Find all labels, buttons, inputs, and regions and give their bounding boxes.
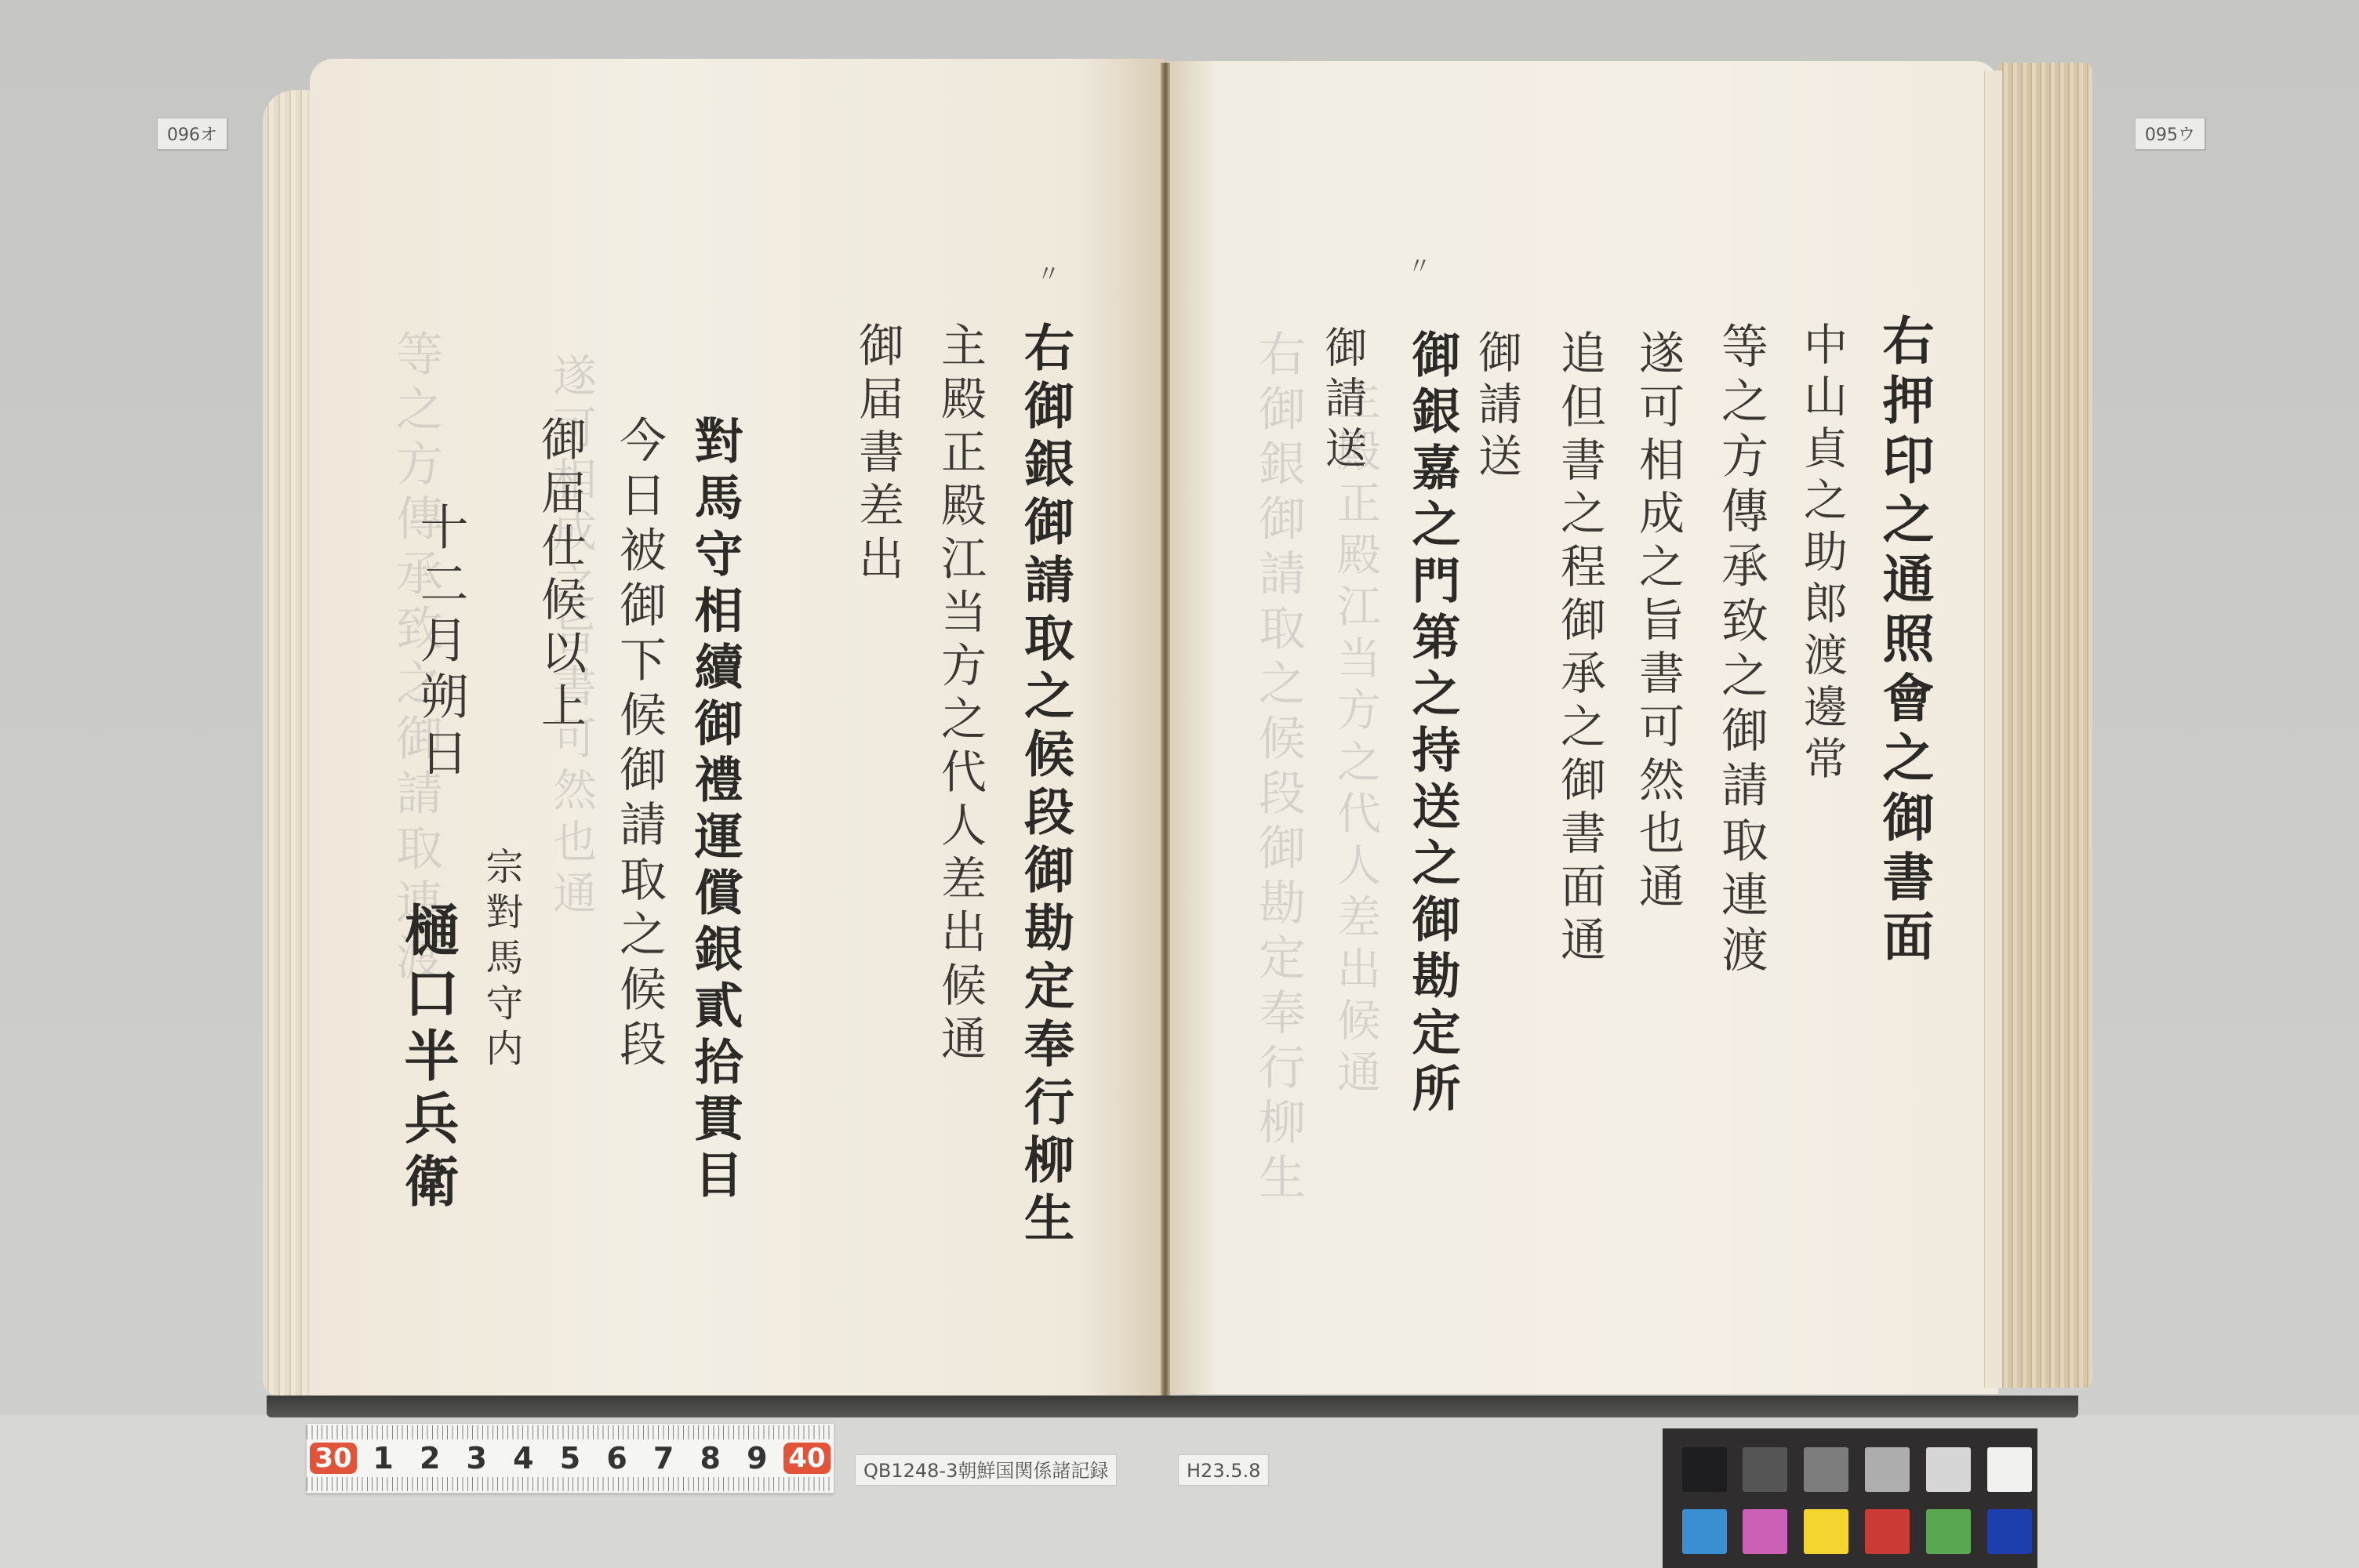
- left-folio-label: 096オ: [157, 118, 227, 150]
- ruler-mark: 4: [503, 1441, 543, 1475]
- ruler-mark: 5: [550, 1441, 591, 1475]
- manuscript-column: 對馬守相續御禮運償銀貳拾貫目: [690, 416, 739, 1341]
- ruler-mark: 1: [363, 1441, 404, 1475]
- section-mark: 〃: [1037, 255, 1060, 289]
- swatch-dark-gray: [1743, 1447, 1787, 1492]
- ruler-mark: 9: [736, 1441, 777, 1475]
- swatch-blue: [1987, 1509, 2032, 1554]
- swatch-yellow: [1804, 1509, 1848, 1554]
- manuscript-column: 遂可相成之旨書可然也通: [1635, 329, 1681, 1270]
- manuscript-column: 右押印之通照會之御書面: [1878, 314, 1930, 1286]
- manuscript-column: 御銀嘉之門第之持送之御勘定所: [1408, 329, 1456, 1270]
- swatch-black: [1682, 1447, 1727, 1492]
- swatch-light-gray: [1865, 1447, 1910, 1492]
- manuscript-column: 今日被御下候御請取之候段: [616, 416, 663, 1278]
- swatch-red: [1865, 1509, 1910, 1554]
- ruler-mark: 2: [409, 1441, 450, 1475]
- ruler-start-mark: 30: [310, 1443, 357, 1474]
- manuscript-column: 御請送: [1321, 325, 1364, 529]
- swatch-pale-gray: [1926, 1447, 1971, 1492]
- manuscript-column: 追但書之程御承之御書面通: [1557, 329, 1602, 1254]
- right-folio-label: 095ウ: [2135, 118, 2205, 150]
- ruler-mark: 6: [597, 1441, 638, 1475]
- manuscript-column: 右御銀御請取之候段御勘定奉行柳生: [1020, 321, 1070, 1294]
- manuscript-column: 御届書差出: [855, 321, 900, 651]
- color-checker-card: [1663, 1428, 2037, 1568]
- manuscript-column: 等之方傳承致之御請取連渡: [1717, 321, 1765, 1262]
- date-label: H23.5.8: [1178, 1454, 1269, 1486]
- signature-name: 樋口半兵衛: [400, 902, 455, 1309]
- book-gutter: [1161, 63, 1170, 1396]
- date-line: 十二月朔日: [416, 502, 464, 831]
- right-page-edges: [1998, 63, 2092, 1388]
- ruler-ticks-bottom: [307, 1477, 834, 1491]
- manuscript-column: 中山貞之助郎渡邊常: [1800, 321, 1844, 1247]
- swatch-green: [1926, 1509, 1971, 1554]
- swatch-cyan: [1682, 1509, 1727, 1554]
- book-shadow: [267, 1396, 2078, 1417]
- ruler-ticks-top: [307, 1425, 834, 1439]
- measurement-ruler: 30 1 2 3 4 5 6 7 8 9 40: [306, 1423, 834, 1494]
- show-through-text: 右御銀御請取之候段御勘定奉行柳生: [1255, 329, 1302, 1270]
- catalog-id-label: QB1248-3朝鮮国関係諸記録: [855, 1454, 1117, 1486]
- swatch-white: [1987, 1447, 2032, 1492]
- manuscript-column: 主殿正殿江当方之代人差出候通: [937, 321, 983, 1247]
- ruler-mark: 3: [456, 1441, 497, 1475]
- swatch-magenta: [1743, 1509, 1787, 1554]
- manuscript-column: 御請送: [1474, 329, 1518, 564]
- section-mark: 〃: [1408, 247, 1431, 281]
- signature-title: 宗對馬守内: [482, 847, 520, 1105]
- ruler-end-mark: 40: [783, 1443, 831, 1474]
- right-page-inner-edge: [1984, 71, 2002, 1388]
- manuscript-column: 御届仕候以上: [537, 416, 583, 823]
- ruler-mark: 7: [643, 1441, 684, 1475]
- swatch-mid-gray: [1804, 1447, 1848, 1492]
- ruler-mark: 8: [690, 1441, 731, 1475]
